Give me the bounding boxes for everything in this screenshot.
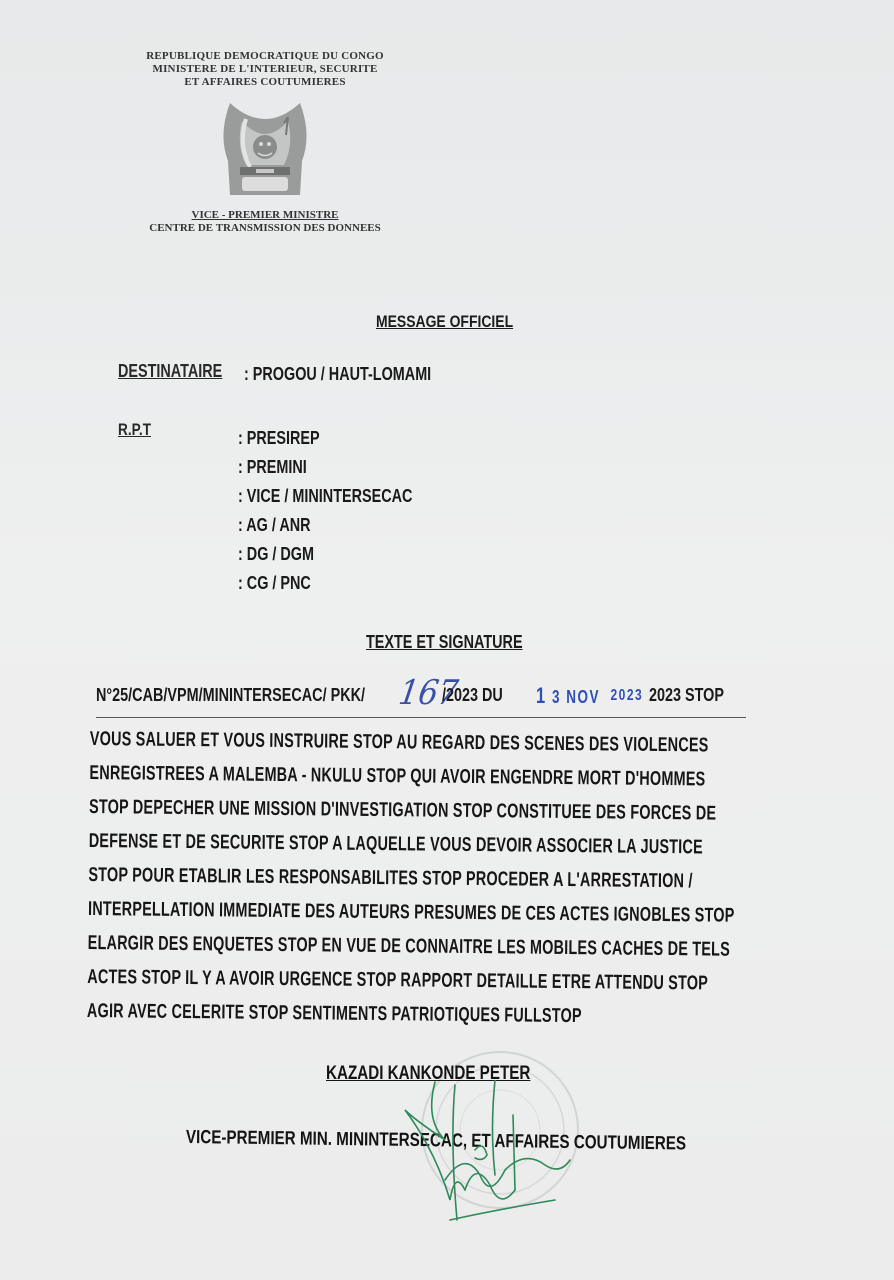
letterhead-line: ET AFFAIRES COUTUMIERES [120, 76, 410, 89]
handwritten-signature-icon [395, 1080, 585, 1230]
signer-name: KAZADI KANKONDE PETER [326, 1063, 530, 1085]
message-title: MESSAGE OFFICIEL [376, 312, 513, 332]
reference-prefix: N°25/CAB/VPM/MININTERSECAC/ PKK/ [96, 685, 365, 706]
signer-title: VICE-PREMIER MIN. MININTERSECAC, ET AFFA… [186, 1127, 686, 1156]
letterhead-line: REPUBLIQUE DEMOCRATIQUE DU CONGO [120, 50, 410, 63]
stamp-day-month: 3 NOV [552, 687, 600, 707]
drc-coat-of-arms-icon [220, 95, 310, 205]
office-name: VICE - PREMIER MINISTRE [120, 209, 410, 222]
copy-recipient: : DG / DGM [238, 540, 412, 569]
recipient-value: : PROGOU / HAUT-LOMAMI [244, 364, 431, 385]
message-body: VOUS SALUER ET VOUS INSTRUIRE STOP AU RE… [87, 722, 795, 1035]
copies-list: : PRESIREP : PREMINI : VICE / MININTERSE… [238, 424, 456, 598]
copy-recipient: : AG / ANR [238, 511, 412, 540]
section-title: TEXTE ET SIGNATURE [366, 632, 523, 653]
stamp-year: 2023 [610, 687, 643, 704]
stamp-day: 1 [536, 683, 547, 708]
copy-recipient: : CG / PNC [238, 569, 412, 598]
document-page: REPUBLIQUE DEMOCRATIQUE DU CONGO MINISTE… [0, 0, 894, 1280]
recipient-label: DESTINATAIRE [118, 361, 222, 382]
letterhead: REPUBLIQUE DEMOCRATIQUE DU CONGO MINISTE… [120, 50, 410, 235]
copy-recipient: : VICE / MININTERSECAC [238, 482, 412, 511]
reference-line: N°25/CAB/VPM/MININTERSECAC/ PKK/ 167 /20… [96, 683, 746, 718]
reference-suffix: /2023 DU [442, 685, 503, 706]
letterhead-line: MINISTERE DE L'INTERIEUR, SECURITE [120, 63, 410, 76]
copy-recipient: : PRESIREP [238, 424, 412, 453]
copies-label: R.P.T [118, 420, 151, 440]
department-name: CENTRE DE TRANSMISSION DES DONNEES [120, 222, 410, 235]
copy-recipient: : PREMINI [238, 453, 412, 482]
reference-tail: 2023 STOP [649, 685, 724, 706]
date-stamp: 1 3 NOV 2023 [536, 683, 643, 709]
